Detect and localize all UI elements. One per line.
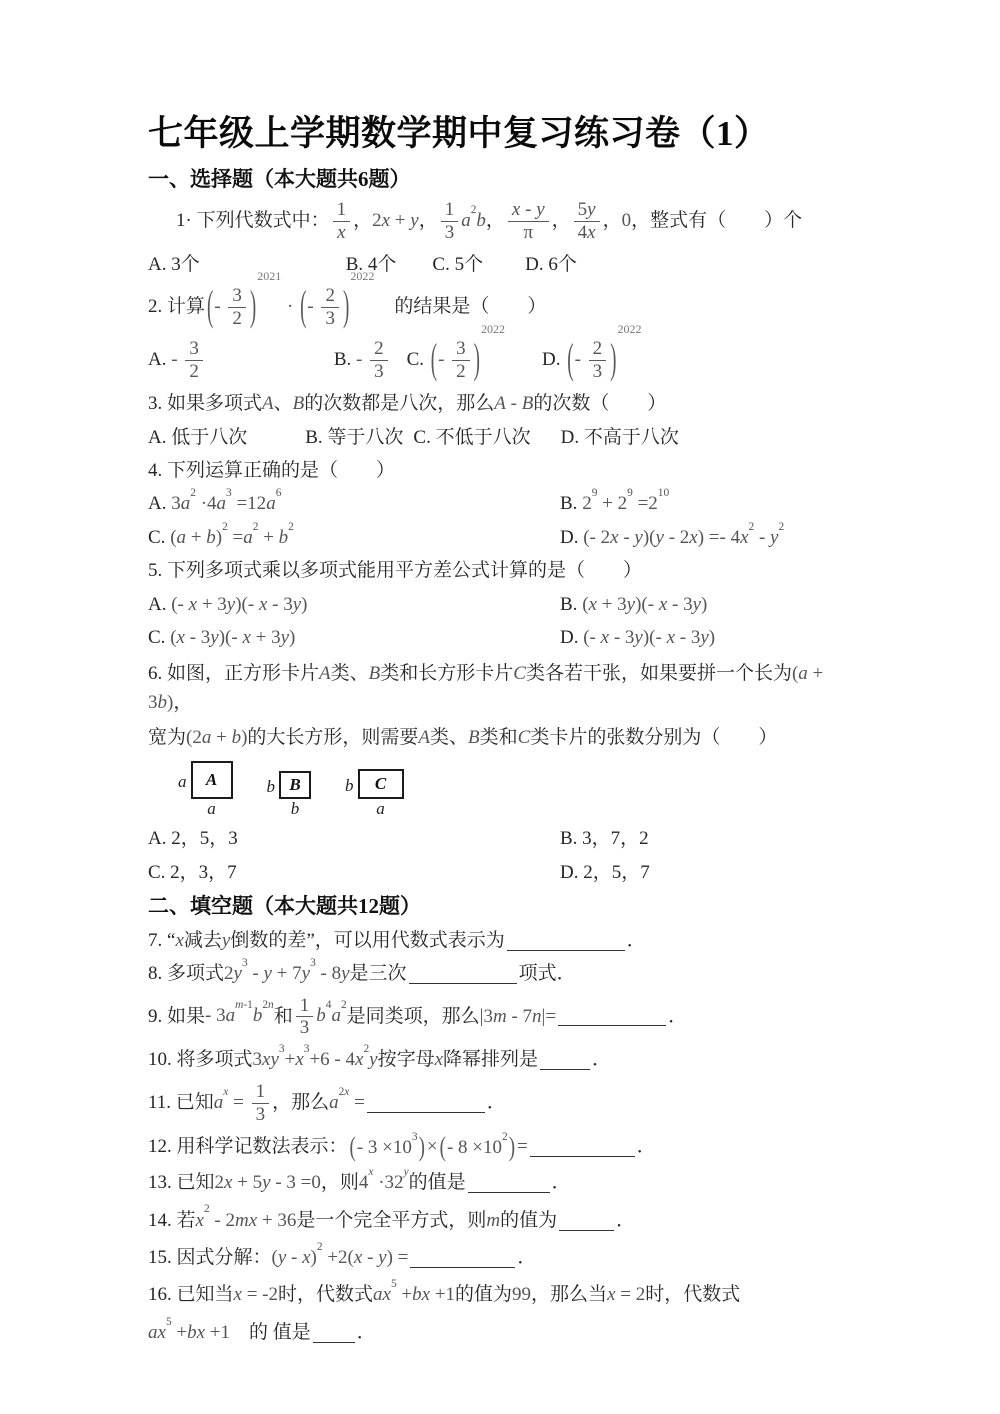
math-formula: 4x ·32y	[359, 1172, 409, 1193]
math-formula: A	[319, 663, 331, 684]
math-formula: a2x	[329, 1092, 349, 1113]
math-superscript: 4	[326, 999, 332, 1011]
text-run: 类卡片的张数分别为（ ）	[530, 727, 777, 748]
group-content: - 8 ×102	[447, 1133, 508, 1162]
text-run: 降幂排列是	[443, 1049, 538, 1070]
card-box: A	[191, 761, 233, 799]
text-run: 11. 已知	[148, 1092, 214, 1113]
q3-options: A. 低于八次B. 等于八次C. 不低于八次D. 不高于八次	[148, 423, 860, 452]
math-fraction: 32	[452, 339, 470, 382]
text-run: ，则	[321, 1172, 359, 1193]
option-left: C. 2，3，7	[148, 858, 560, 887]
math-formula: (x - 3y)(- x + 3y)	[170, 627, 295, 648]
math-variable: x	[197, 1322, 205, 1343]
math-variable: y	[227, 594, 235, 615]
math-formula: ×	[427, 1136, 438, 1157]
math-formula: -	[356, 349, 367, 370]
math-variable: a	[373, 1284, 383, 1305]
text-run: B. 等于八次	[305, 427, 403, 448]
math-variable: a	[217, 493, 227, 514]
text-run: 类各若干张，如果要拼一个长为	[526, 663, 792, 684]
spacer	[506, 360, 542, 361]
text-run: 15. 因式分解：	[148, 1247, 272, 1268]
answer-blank	[558, 1006, 666, 1026]
text-run: ．	[357, 1322, 376, 1343]
text-run: 按字母	[378, 1049, 435, 1070]
fraction-numerator: 3	[228, 286, 246, 308]
math-variable: x	[422, 1284, 430, 1305]
math-variable: y	[587, 199, 595, 220]
fraction-denominator: 3	[589, 361, 607, 382]
q6-options-cd: C. 2，3，7D. 2，5，7	[148, 858, 860, 887]
answer-blank	[313, 1323, 355, 1343]
math-variable: A	[262, 393, 274, 414]
option-right: B. 29 + 29 =210	[560, 489, 860, 518]
math-superscript: 2	[341, 999, 347, 1011]
math-formula: =	[349, 1092, 364, 1113]
math-variable: b	[232, 727, 242, 748]
math-paren-group: (- 32)2022	[430, 338, 505, 383]
q5-stem: 5. 下列多项式乘以多项式能用平方差公式计算的是（ ）	[148, 556, 860, 585]
text-run: 类和	[480, 727, 518, 748]
q6-options-ab: A. 2，5，3B. 3，7，2	[148, 824, 860, 853]
card-side-label: b	[267, 774, 276, 800]
text-run: C. 5个	[432, 254, 483, 275]
math-superscript: m-1	[235, 999, 253, 1011]
fraction-numerator: 1	[333, 200, 351, 222]
math-variable: x	[249, 1210, 257, 1231]
answer-blank	[507, 931, 625, 951]
q16-line1: 16. 已知当x = -2时，代数式ax5 +bx +1的值为99，那么当x =…	[148, 1280, 860, 1309]
math-superscript: 2x	[339, 1086, 350, 1098]
math-variable: a	[148, 1322, 158, 1343]
math-variable: y	[210, 627, 218, 648]
text-run: ．	[592, 1049, 611, 1070]
math-variable: x	[587, 222, 595, 243]
spacer	[148, 221, 176, 222]
fraction-denominator: x	[333, 222, 351, 243]
text-run: B.	[560, 594, 582, 615]
text-run: 的次数（ ）	[533, 393, 666, 414]
math-variable: y	[278, 1247, 286, 1268]
math-variable: y	[410, 210, 418, 231]
math-formula: (- x - 3y)(- x - 3y)	[583, 627, 715, 648]
right-paren: )	[473, 328, 481, 394]
option-right: D. (- 2x - y)(y - 2x) =- 4x2 - y2	[560, 523, 860, 552]
text-run: A.	[148, 594, 171, 615]
math-variable: y	[627, 594, 635, 615]
math-superscript: 2	[471, 204, 477, 216]
fraction-numerator: 3	[185, 339, 203, 361]
math-fraction: 32	[228, 286, 246, 329]
spacer	[396, 265, 432, 266]
q2-options: A. - 32B. - 23C. (- 32)2022D. (- 23)2022	[148, 338, 860, 383]
option-left: C. (x - 3y)(- x + 3y)	[148, 623, 560, 652]
group-content: - 23	[307, 285, 342, 330]
q6-cards: aAabBbbCa	[148, 761, 860, 819]
text-run: ．	[517, 1247, 536, 1268]
option-left: A. 3a2 ·4a3 =12a6	[148, 489, 560, 518]
option-right: D. (- x - 3y)(- x - 3y)	[560, 623, 860, 652]
math-formula: x2 - 2mx + 36	[196, 1210, 297, 1231]
math-formula: 2x + y	[372, 210, 419, 231]
text-run: 项式．	[519, 963, 576, 984]
math-formula: -	[575, 349, 586, 370]
fraction-numerator: 1	[296, 996, 314, 1018]
math-variable: n	[532, 1005, 542, 1026]
math-variable: x	[224, 1172, 232, 1193]
left-paren: (	[566, 328, 574, 394]
math-fraction: x - yπ	[508, 200, 549, 243]
math-formula: (- 2x - y)(y - 2x) =- 4x2 - y2	[583, 527, 784, 548]
text-run: 时，代数式	[278, 1284, 373, 1305]
text-run: A. 3个	[148, 254, 200, 275]
math-variable: a	[177, 527, 187, 548]
math-formula: - 3 ×103	[357, 1137, 418, 1158]
text-run: 是同类项，那么	[347, 1005, 480, 1026]
math-formula: a2b	[461, 210, 486, 231]
card-body: Ca	[358, 769, 404, 819]
fraction-denominator: 3	[252, 1104, 270, 1125]
math-variable: a	[181, 493, 191, 514]
text-run: 16. 已知当	[148, 1284, 234, 1305]
text-run: ，整式有（ ）个	[631, 210, 802, 231]
option-left: A. 2，5，3	[148, 824, 560, 853]
text-run: 的值为	[455, 1284, 512, 1305]
math-paren-group: (- 3 ×103)	[349, 1133, 426, 1162]
text-run: 是一个完全平方式，则	[296, 1210, 486, 1231]
text-run: ．	[637, 1136, 656, 1157]
math-variable: m	[493, 1005, 507, 1026]
math-formula: 3xy3+x3+6 - 4x2y	[253, 1049, 378, 1070]
fraction-numerator: 2	[370, 339, 388, 361]
math-superscript: 2n	[262, 999, 273, 1011]
math-formula: x	[435, 1049, 443, 1070]
math-paren-group: (- 23)2022	[566, 338, 641, 383]
fraction-denominator: 3	[321, 308, 339, 329]
math-formula: (2a + b)	[186, 727, 247, 748]
math-paren-group: (- 23)2022	[299, 285, 374, 330]
fill-questions: 7. “x减去y倒数的差”，可以用代数式表示为．8. 多项式2y3 - y + …	[148, 926, 860, 1348]
answer-blank	[468, 1173, 550, 1193]
text-run: 的结果是（ ）	[375, 296, 546, 317]
option-right: B. 3，7，2	[560, 824, 860, 853]
math-superscript: 2	[253, 521, 259, 533]
q14: 14. 若x2 - 2mx + 36是一个完全平方式，则m的值为．	[148, 1206, 860, 1235]
math-variable: y	[263, 963, 271, 984]
text-run: 类、	[430, 727, 468, 748]
text-run: A.	[148, 493, 171, 514]
math-variable: a	[331, 1005, 341, 1026]
math-formula: C	[513, 663, 526, 684]
answer-blank	[409, 964, 517, 984]
math-variable: B	[468, 727, 480, 748]
text-run: D. 2，5，7	[560, 862, 650, 883]
text-run: A. 低于八次	[148, 427, 247, 448]
answer-blank	[410, 1248, 515, 1268]
math-formula: ax	[214, 1092, 229, 1113]
text-run: 5. 下列多项式乘以多项式能用平方差公式计算的是（ ）	[148, 560, 642, 581]
option-left: A. (- x + 3y)(- x - 3y)	[148, 590, 560, 619]
math-superscript: 2	[288, 521, 294, 533]
math-formula: -	[307, 296, 318, 317]
math-fraction: 13	[441, 200, 459, 243]
math-formula: (y - x)2 +2(x - y) =	[272, 1247, 409, 1268]
card-a: aAa	[178, 761, 233, 819]
math-superscript: 2	[749, 521, 755, 533]
option-right: B. (x + 3y)(- x - 3y)	[560, 590, 860, 619]
left-paren: (	[349, 1126, 357, 1169]
spacer	[200, 265, 346, 266]
math-variable: y	[341, 963, 349, 984]
text-run: 减去	[184, 930, 222, 951]
math-superscript: 2	[204, 1203, 210, 1215]
math-variable: x	[234, 1284, 242, 1305]
text-run: 9. 如果	[148, 1005, 205, 1026]
q10: 10. 将多项式3xy3+x3+6 - 4x2y按字母x降幂排列是．	[148, 1045, 860, 1074]
left-paren: (	[430, 328, 438, 394]
math-variable: b	[412, 1284, 422, 1305]
math-variable: B	[522, 393, 534, 414]
right-paren: )	[418, 1126, 426, 1169]
math-variable: a	[329, 1092, 339, 1113]
q13: 13. 已知2x + 5y - 3 =0，则4x ·32y的值是．	[148, 1168, 860, 1197]
math-formula: (x + 3y)(- x - 3y)	[582, 594, 707, 615]
math-variable: a	[226, 1005, 236, 1026]
group-content: - 32	[214, 285, 249, 330]
text-run: ．	[487, 1092, 506, 1113]
card-c: bCa	[345, 769, 404, 819]
math-formula: 99	[512, 1284, 531, 1305]
text-run: B.	[560, 493, 582, 514]
math-fraction: 32	[185, 339, 203, 382]
math-variable: x	[435, 1049, 443, 1070]
math-variable: x	[610, 527, 618, 548]
math-formula: =	[228, 1092, 248, 1113]
math-formula: B	[369, 663, 381, 684]
q4-stem: 4. 下列运算正确的是（ ）	[148, 456, 860, 485]
math-variable: x	[175, 930, 183, 951]
math-variable: y	[700, 627, 708, 648]
text-run: D.	[542, 349, 565, 370]
math-variable: y	[536, 199, 544, 220]
left-paren: (	[299, 275, 307, 341]
math-variable: x	[354, 1247, 362, 1268]
math-superscript: 3	[279, 1043, 285, 1055]
text-run: D. 不高于八次	[561, 427, 679, 448]
fraction-denominator: 3	[296, 1017, 314, 1038]
math-variable: a	[266, 493, 276, 514]
math-variable: y	[656, 527, 664, 548]
math-fraction: 23	[321, 286, 339, 329]
math-variable: m	[235, 999, 243, 1011]
text-run: 的值是	[409, 1172, 466, 1193]
math-formula: m	[486, 1210, 500, 1231]
fraction-denominator: 2	[228, 308, 246, 329]
math-variable: x	[223, 1086, 228, 1098]
math-variable: x	[382, 210, 390, 231]
math-variable: b	[158, 692, 168, 713]
text-run: 的大长方形，则需要	[247, 727, 418, 748]
math-formula: b4a2	[316, 1005, 346, 1026]
card-bottom-label: a	[376, 799, 385, 819]
text-run: ，那么	[272, 1092, 329, 1113]
answer-blank	[367, 1093, 485, 1113]
math-variable: m	[486, 1210, 500, 1231]
left-paren: (	[206, 275, 214, 341]
math-variable: x	[383, 1284, 391, 1305]
card-body: Bb	[279, 771, 311, 819]
math-fraction: 13	[252, 1082, 270, 1125]
text-run: ．	[552, 1172, 571, 1193]
math-variable: x	[512, 199, 520, 220]
q4-options-cd: C. (a + b)2 =a2 + b2D. (- 2x - y)(y - 2x…	[148, 523, 860, 552]
math-variable: y	[293, 594, 301, 615]
math-formula: ax5 +bx +1	[373, 1284, 455, 1305]
math-formula: B	[293, 393, 305, 414]
math-variable: x	[259, 594, 267, 615]
math-formula: x = 2	[607, 1284, 645, 1305]
math-formula: B	[468, 727, 480, 748]
fraction-numerator: 3	[452, 339, 470, 361]
text-run: A.	[148, 349, 171, 370]
text-run: ．	[668, 1005, 687, 1026]
option-right: D. 2，5，7	[560, 858, 860, 887]
math-variable: b	[476, 210, 486, 231]
group-content: - 3 ×103	[357, 1133, 418, 1162]
card-body: Aa	[191, 761, 233, 819]
math-formula: x = -2	[234, 1284, 278, 1305]
text-run: C. 不低于八次	[413, 427, 530, 448]
text-run: 倒数的差”，可以用代数式表示为	[230, 930, 504, 951]
math-variable: y	[404, 1166, 409, 1178]
math-variable: b	[253, 1005, 263, 1026]
math-formula: (- x + 3y)(- x - 3y)	[171, 594, 307, 615]
text-run: ，	[552, 210, 571, 231]
text-run: 的 值是	[230, 1322, 311, 1343]
text-run: B. 3，7，2	[560, 828, 649, 849]
right-paren: )	[508, 1126, 516, 1169]
fraction-denominator: 4x	[574, 222, 600, 243]
math-superscript: x	[368, 1166, 373, 1178]
math-superscript: 2	[363, 1043, 369, 1055]
q6-stem-line2: 宽为(2a + b)的大长方形，则需要A类、B类和C类卡片的张数分别为（ ）	[148, 723, 860, 752]
math-formula: -	[171, 349, 182, 370]
math-superscript: 3	[304, 1043, 310, 1055]
text-run: D. 6个	[525, 254, 577, 275]
math-variable: x	[659, 594, 667, 615]
text-run: 4. 下列运算正确的是（ ）	[148, 460, 395, 481]
math-variable: x	[158, 1322, 166, 1343]
text-run: 6. 如图，正方形卡片	[148, 663, 319, 684]
q6-stem-line1: 6. 如图，正方形卡片A类、B类和长方形卡片C类各若干张，如果要拼一个长为(a …	[148, 659, 860, 718]
text-run: 的值为	[500, 1210, 557, 1231]
math-variable: C	[513, 663, 526, 684]
math-formula: A	[418, 727, 430, 748]
math-variable: x	[189, 594, 197, 615]
card-box: B	[279, 771, 311, 799]
right-paren: )	[609, 328, 617, 394]
math-variable: x	[302, 1247, 310, 1268]
q1-stem: 1· 下列代数式中：1x，2x + y，13a2b，x - yπ，5y4x，0，…	[148, 199, 860, 244]
text-run: ．	[616, 1210, 635, 1231]
math-variable: b	[187, 1322, 197, 1343]
math-variable: x	[337, 222, 345, 243]
text-run: 是三次	[350, 963, 407, 984]
math-variable: y	[302, 963, 310, 984]
math-formula: 2x + 5y - 3 =0	[215, 1172, 321, 1193]
fraction-numerator: 2	[589, 339, 607, 361]
text-run: A. 2，5，3	[148, 828, 238, 849]
math-superscript: y	[404, 1166, 409, 1178]
math-fraction: 23	[370, 339, 388, 382]
q16-line2: ax5 +bx +1 的 值是．	[148, 1318, 860, 1347]
math-formula: - 3am-1b2n	[205, 1005, 274, 1026]
math-formula: =	[517, 1136, 528, 1157]
math-variable: x	[368, 1166, 373, 1178]
math-variable: b	[206, 527, 216, 548]
math-paren-group: (- 32)2021	[206, 285, 281, 330]
card-side-label: a	[178, 769, 187, 795]
text-run: C.	[148, 527, 170, 548]
math-variable: m	[235, 1210, 249, 1231]
math-variable: x	[295, 1049, 303, 1070]
math-fraction: 23	[589, 339, 607, 382]
text-run: ．	[627, 930, 646, 951]
text-run: 时，代数式	[645, 1284, 740, 1305]
math-superscript: 9	[627, 487, 633, 499]
math-superscript: 2	[190, 487, 196, 499]
math-variable: a	[243, 527, 253, 548]
text-run: C.	[148, 627, 170, 648]
text-run: 宽为	[148, 727, 186, 748]
math-formula: ·	[282, 296, 298, 317]
math-superscript: 2	[778, 521, 784, 533]
math-fraction: 1x	[333, 200, 351, 243]
math-variable: x	[344, 1086, 349, 1098]
math-formula: A - B	[494, 393, 533, 414]
math-formula: -	[214, 296, 225, 317]
math-variable: y	[634, 527, 642, 548]
math-formula: |3m - 7n|=	[480, 1005, 556, 1026]
fraction-numerator: x - y	[508, 200, 549, 222]
text-run: 7. “	[148, 930, 175, 951]
group-content: - 23	[575, 338, 610, 383]
q9: 9. 如果- 3am-1b2n和13b4a2是同类项，那么|3m - 7n|=．	[148, 995, 860, 1040]
math-superscript: 5	[391, 1278, 397, 1290]
text-run: ，	[419, 210, 438, 231]
fraction-denominator: 3	[370, 361, 388, 382]
text-run: 1· 下列代数式中：	[176, 210, 330, 231]
math-variable: y	[262, 1172, 270, 1193]
q7: 7. “x减去y倒数的差”，可以用代数式表示为．	[148, 926, 860, 955]
choice-questions: 1· 下列代数式中：1x，2x + y，13a2b，x - yπ，5y4x，0，…	[148, 199, 860, 887]
text-run: 2. 计算	[148, 296, 205, 317]
math-variable: x	[242, 627, 250, 648]
group-content: - 32	[438, 338, 473, 383]
text-run: 8. 多项式	[148, 963, 224, 984]
math-formula: C	[518, 727, 531, 748]
spacer	[403, 438, 413, 439]
math-variable: a	[461, 210, 471, 231]
math-superscript: 10	[658, 487, 669, 499]
math-variable: x	[689, 527, 697, 548]
right-paren: )	[342, 275, 350, 341]
math-superscript: 3	[226, 487, 232, 499]
math-variable: b	[316, 1005, 326, 1026]
section-choice-heading: 一、选择题（本大题共6题）	[148, 166, 860, 193]
math-formula: 3a2 ·4a3 =12a6	[171, 493, 281, 514]
